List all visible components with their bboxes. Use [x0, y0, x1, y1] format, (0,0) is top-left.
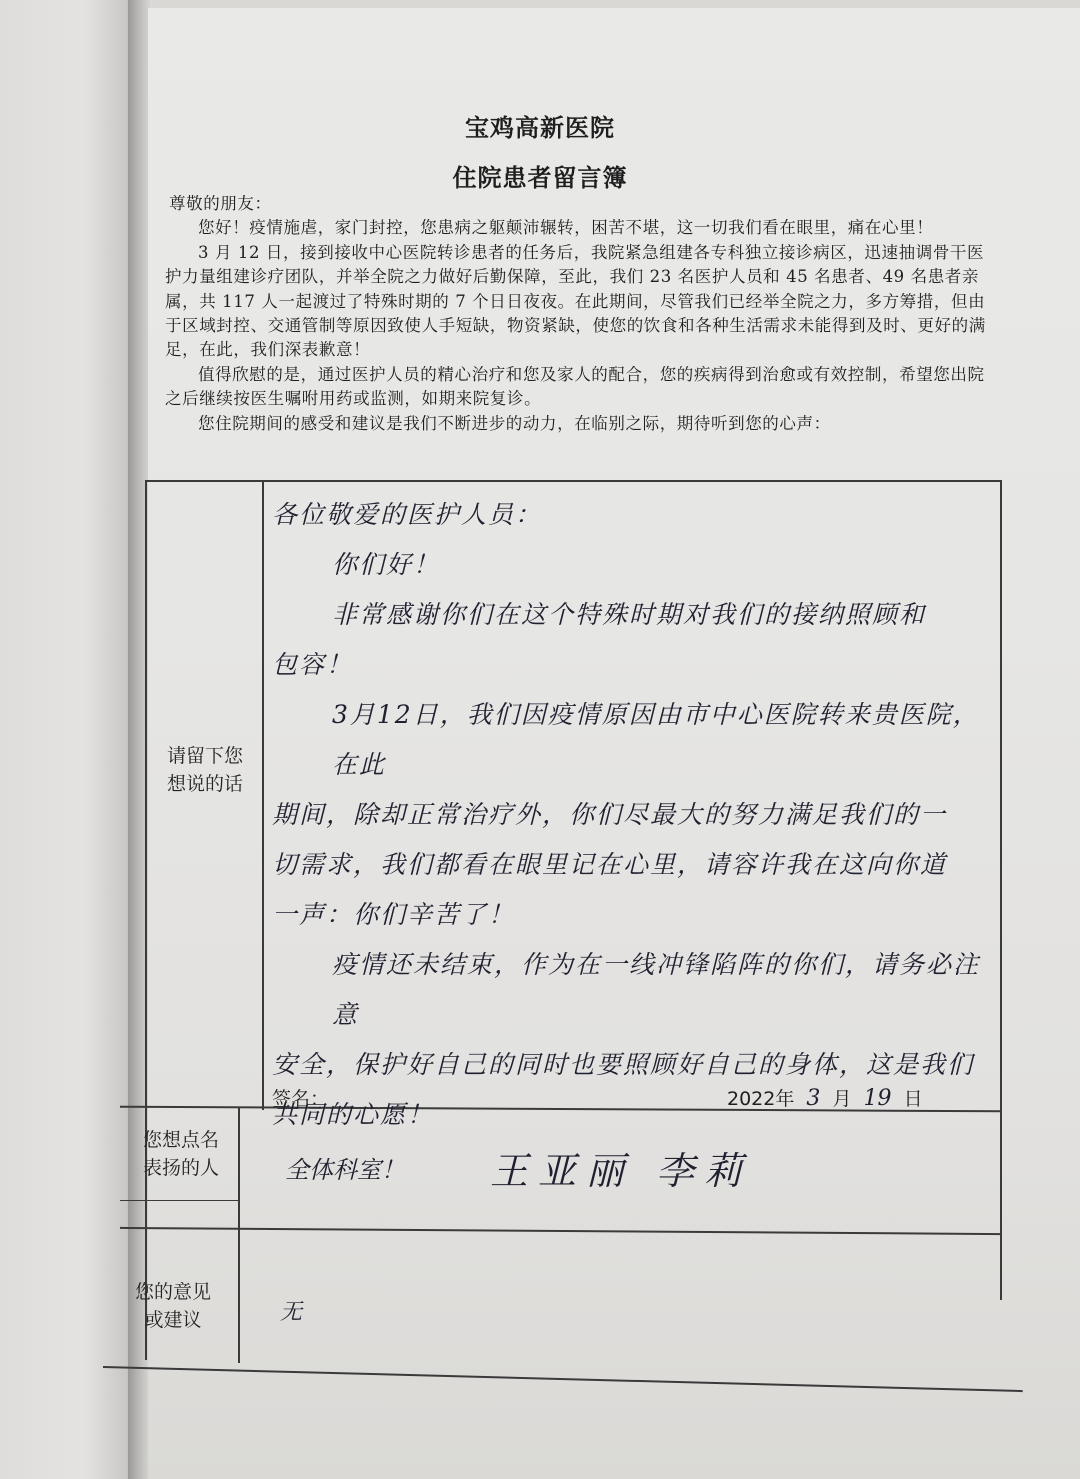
date-day: 19 [864, 1086, 892, 1111]
signature-label: 签名： [272, 1084, 329, 1111]
date-year: 2022 [727, 1088, 775, 1110]
handwritten-line: 安全，保护好自己的同时也要照顾好自己的身体，这是我们 [272, 1040, 997, 1090]
message-label-line1: 请留下您 [148, 742, 262, 770]
date-month: 3 [806, 1086, 820, 1111]
handwritten-line: 切需求，我们都看在眼里记在心里，请容许我在这向你道 [272, 840, 997, 890]
handwritten-line: 期间，除却正常治疗外，你们尽最大的努力满足我们的一 [272, 790, 997, 840]
letter-paragraph: 您住院期间的感受和建议是我们不断进步的动力，在临别之际，期待听到您的心声： [165, 412, 1000, 436]
praise-label-line1: 您想点名 [125, 1126, 237, 1154]
handwritten-line: 一声：你们辛苦了！ [272, 890, 997, 940]
message-label-line2: 想说的话 [148, 770, 262, 798]
handwritten-message: 各位敬爱的医护人员： 你们好！ 非常感谢你们在这个特殊时期对我们的接纳照顾和 包… [272, 490, 997, 1140]
suggestions-label-line1: 您的意见 [112, 1278, 234, 1306]
praise-label: 您想点名 表扬的人 [125, 1126, 237, 1182]
book-title: 住院患者留言簿 [0, 158, 1080, 193]
signature-date: 2022年 3 月 19 日 [727, 1084, 923, 1111]
handwritten-line: 非常感谢你们在这个特殊时期对我们的接纳照顾和 [272, 590, 997, 640]
letter-paragraph: 值得欣慰的是，通过医护人员的精心治疗和您及家人的配合，您的疾病得到治愈或有效控制… [165, 363, 1000, 412]
date-month-unit: 月 [832, 1088, 851, 1110]
printed-letter: 尊敬的朋友： 您好！疫情施虐，家门封控，您患病之躯颠沛辗转，困苦不堪，这一切我们… [165, 192, 1000, 436]
hospital-name: 宝鸡高新医院 [0, 108, 1080, 143]
message-label: 请留下您 想说的话 [148, 742, 262, 798]
handwritten-line: 你们好！ [272, 540, 997, 590]
suggestions-label-line2: 或建议 [112, 1306, 234, 1334]
left-page [0, 0, 140, 1479]
letter-salutation: 尊敬的朋友： [165, 192, 1000, 216]
letter-paragraph: 您好！疫情施虐，家门封控，您患病之躯颠沛辗转，困苦不堪，这一切我们看在眼里，痛在… [165, 216, 1000, 240]
praise-label-line2: 表扬的人 [125, 1154, 237, 1182]
handwritten-line: 各位敬爱的医护人员： [272, 490, 997, 540]
handwritten-line: 疫情还未结束，作为在一线冲锋陷阵的你们，请务必注意 [272, 940, 997, 1040]
date-day-unit: 日 [904, 1088, 923, 1110]
suggestions-value: 无 [280, 1295, 302, 1326]
praise-names: 王亚丽 李莉 [490, 1140, 752, 1195]
handwritten-line: 3月12日，我们因疫情原因由市中心医院转来贵医院，在此 [272, 690, 997, 790]
letter-paragraph: 3 月 12 日，接到接收中心医院转诊患者的任务后，我院紧急组建各专科独立接诊病… [165, 241, 1000, 363]
praise-group: 全体科室！ [285, 1150, 405, 1185]
suggestions-label: 您的意见 或建议 [112, 1278, 234, 1334]
date-year-unit: 年 [775, 1088, 794, 1110]
handwritten-line: 包容！ [272, 640, 997, 690]
